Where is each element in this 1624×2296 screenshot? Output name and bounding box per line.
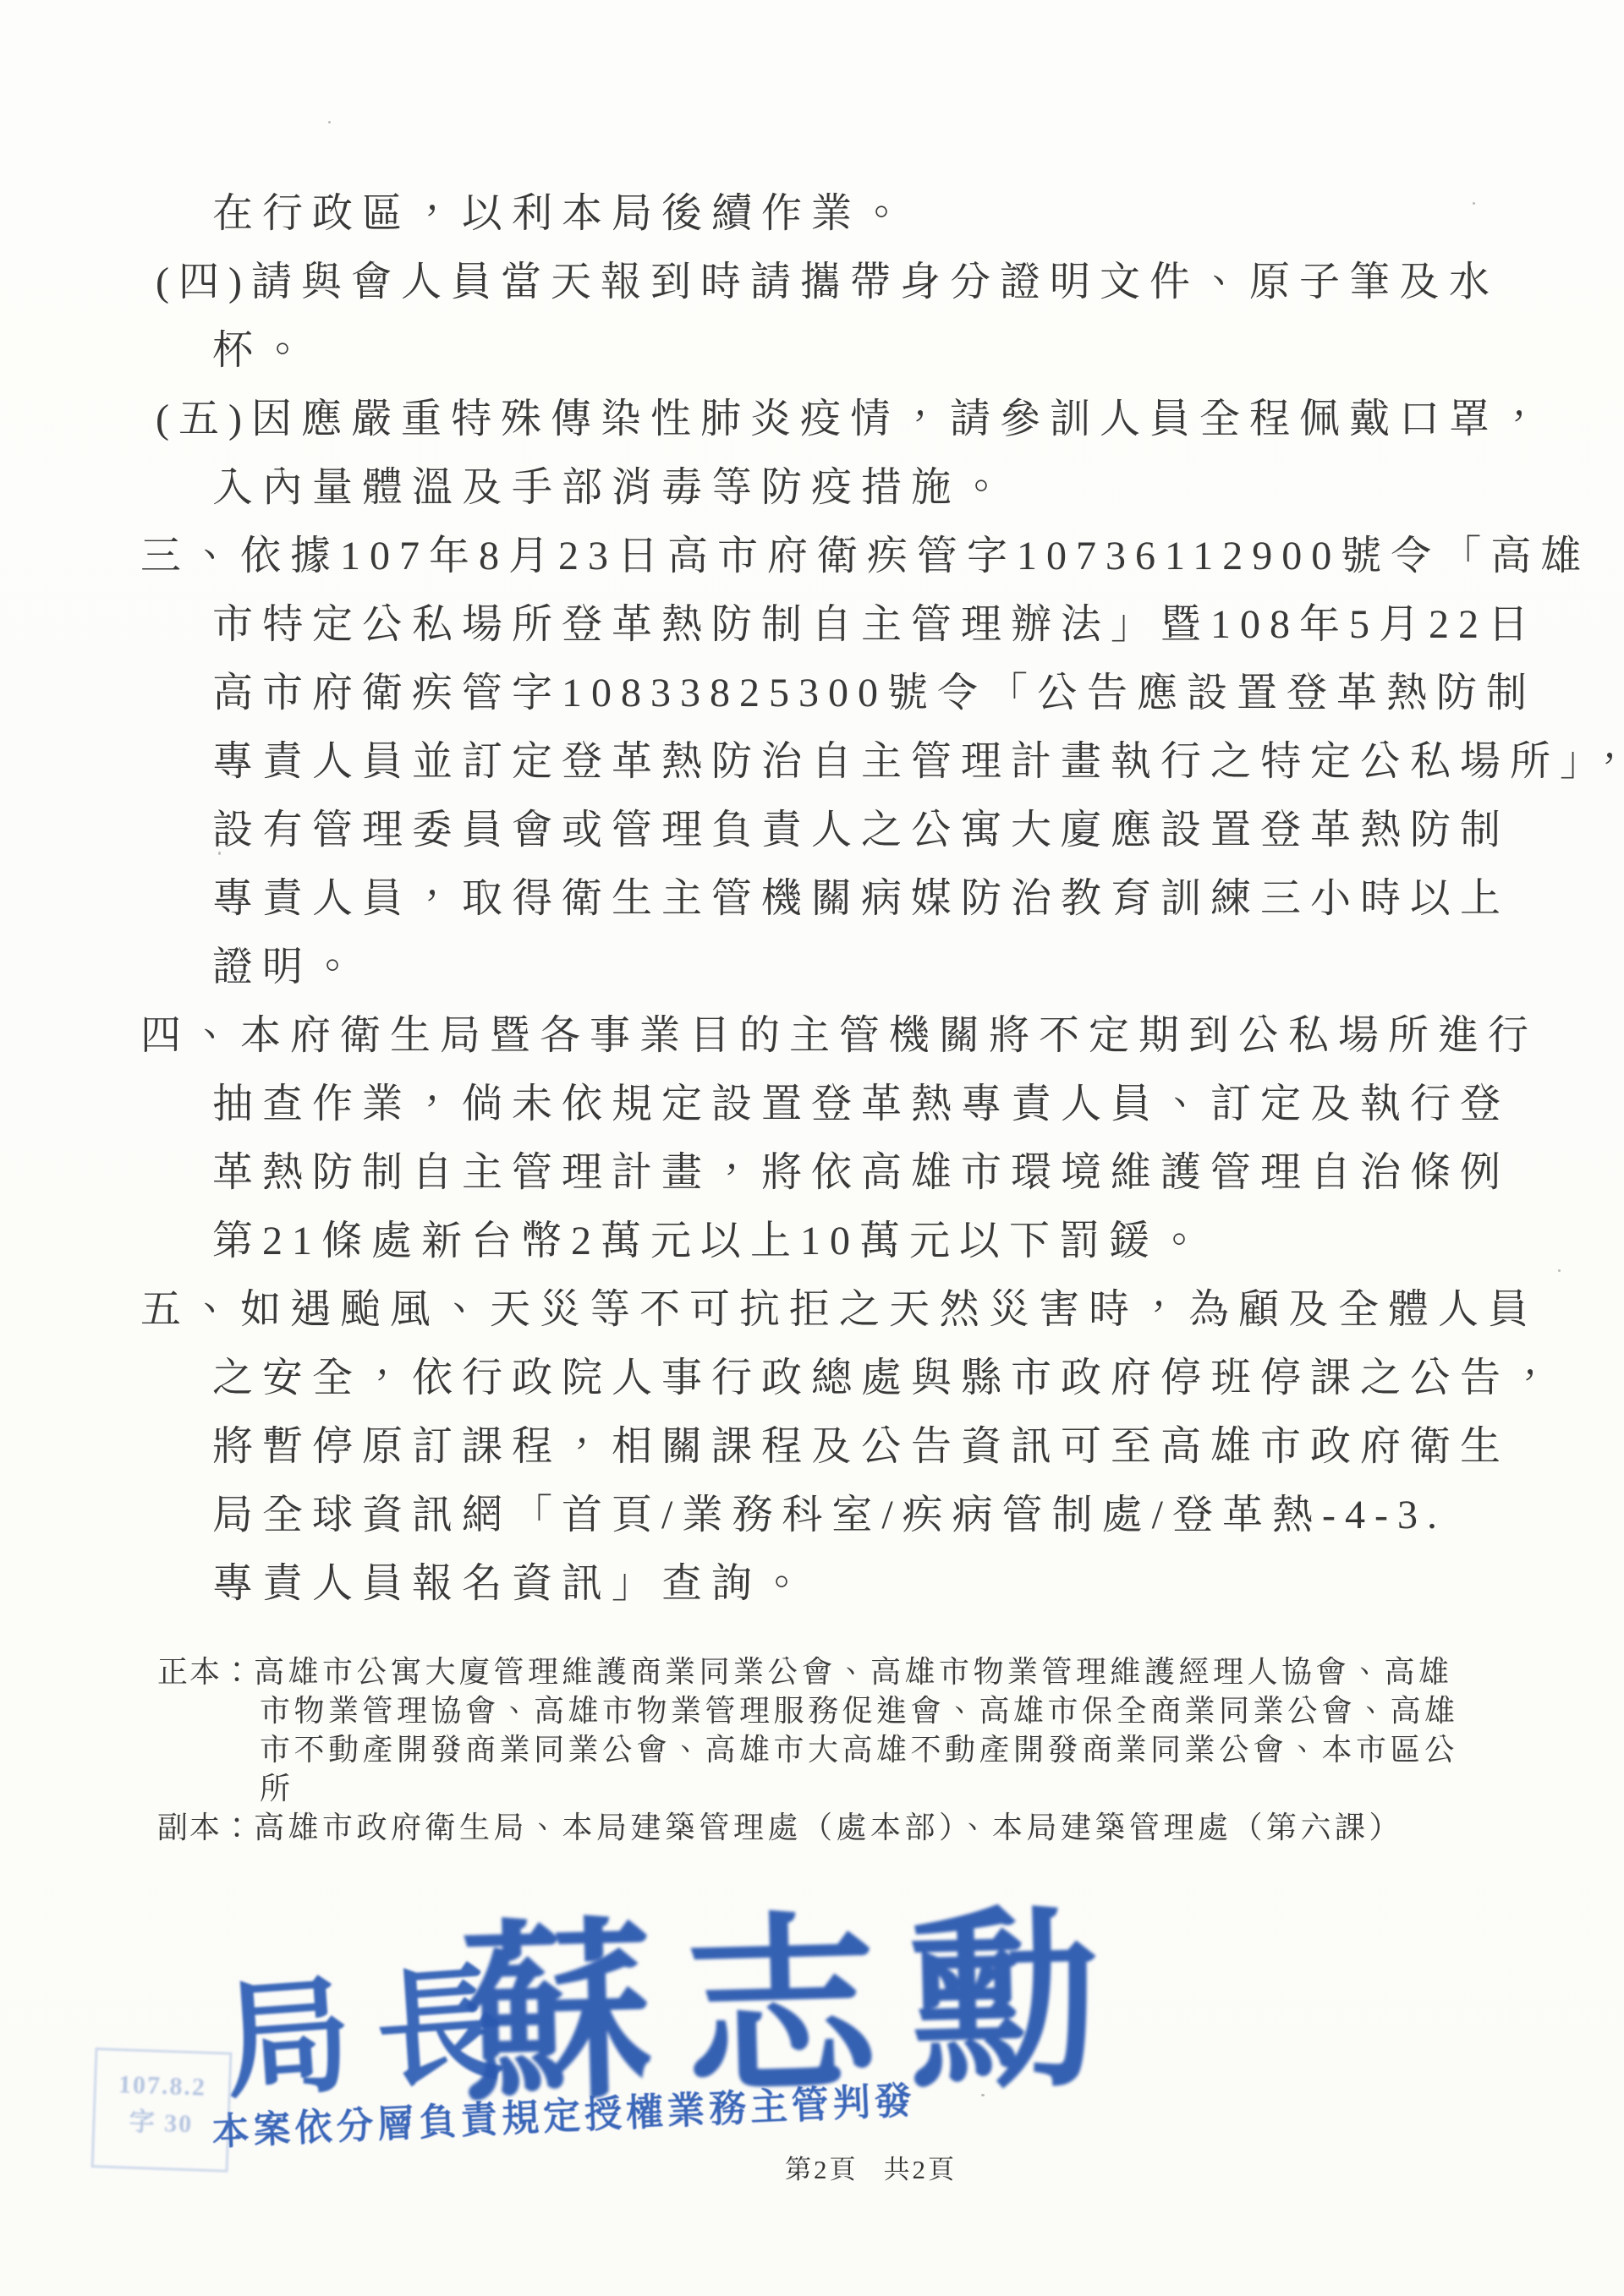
document-body: 在行政區，以利本局後續作業。(四)請與會人員當天報到時請攜帶身分證明文件、原子筆… xyxy=(0,179,1624,1618)
body-line: 之安全，依行政院人事行政總處與縣市政府停班停課之公告， xyxy=(0,1344,1624,1412)
body-line: 專責人員報名資訊」查詢。 xyxy=(0,1549,1624,1618)
page-number-footer: 第2頁共2頁 xyxy=(785,2148,957,2186)
faint-chop-box: 107.8.2 字 30 xyxy=(91,2047,233,2173)
body-line: 杯。 xyxy=(0,316,1624,385)
page-number: 第2頁 xyxy=(785,2155,859,2184)
body-line: 五、如遇颱風、天災等不可抗拒之天然災害時，為顧及全體人員 xyxy=(0,1275,1624,1344)
chop-line: 字 30 xyxy=(95,2102,228,2144)
body-line: 將暫停原訂課程，相關課程及公告資訊可至高雄市政府衛生 xyxy=(0,1412,1624,1481)
scanned-paper: 在行政區，以利本局後續作業。(四)請與會人員當天報到時請攜帶身分證明文件、原子筆… xyxy=(0,0,1624,2296)
body-line: 局全球資訊網「首頁/業務科室/疾病管制處/登革熱-4-3. xyxy=(0,1481,1624,1549)
body-line: 四、本府衛生局暨各事業目的主管機關將不定期到公私場所進行 xyxy=(0,1001,1624,1070)
recipients-block: 正本：高雄市公寓大廈管理維護商業同業公會、高雄市物業管理維護經理人協會、高雄市物… xyxy=(157,1652,1553,1847)
recipient-line: 正本：高雄市公寓大廈管理維護商業同業公會、高雄市物業管理維護經理人協會、高雄 xyxy=(157,1652,1553,1691)
body-line: 證明。 xyxy=(0,933,1624,1001)
recipient-label: 正本： xyxy=(157,1655,254,1689)
body-line: 專責人員，取得衛生主管機關病媒防治教育訓練三小時以上 xyxy=(0,864,1624,933)
body-line: 第21條處新台幣2萬元以上10萬元以下罰鍰。 xyxy=(0,1207,1624,1275)
scan-speck xyxy=(1558,1269,1561,1272)
body-line: 抽查作業，倘未依規定設置登革熱專責人員、訂定及執行登 xyxy=(0,1070,1624,1138)
body-line: (五)因應嚴重特殊傳染性肺炎疫情，請參訓人員全程佩戴口罩， xyxy=(0,385,1624,453)
body-line: (四)請與會人員當天報到時請攜帶身分證明文件、原子筆及水 xyxy=(0,248,1624,316)
recipient-line: 副本：高雄市政府衛生局、本局建築管理處（處本部）、本局建築管理處（第六課） xyxy=(157,1808,1553,1847)
chop-line: 107.8.2 xyxy=(96,2065,228,2107)
recipient-label: 副本： xyxy=(157,1811,254,1844)
page-total: 共2頁 xyxy=(884,2155,957,2184)
body-line: 專責人員並訂定登革熱防治自主管理計畫執行之特定公私場所」， xyxy=(0,727,1624,796)
recipient-line: 所 xyxy=(157,1769,1553,1808)
body-line: 市特定公私場所登革熱防制自主管理辦法」暨108年5月22日 xyxy=(0,590,1624,659)
body-line: 在行政區，以利本局後續作業。 xyxy=(0,179,1624,248)
scan-speck xyxy=(1473,202,1475,205)
recipient-line: 市不動產開發商業同業公會、高雄市大高雄不動產開發商業同業公會、本市區公 xyxy=(157,1730,1553,1769)
body-line: 三、依據107年8月23日高市府衛疾管字10736112900號令「高雄 xyxy=(0,522,1624,590)
scan-speck xyxy=(981,2094,985,2096)
body-line: 入內量體溫及手部消毒等防疫措施。 xyxy=(0,453,1624,522)
scan-speck xyxy=(328,121,331,123)
body-line: 設有管理委員會或管理負責人之公寓大廈應設置登革熱防制 xyxy=(0,796,1624,864)
body-line: 革熱防制自主管理計畫，將依高雄市環境維護管理自治條例 xyxy=(0,1138,1624,1207)
scan-speck xyxy=(218,852,221,855)
body-line: 高市府衛疾管字10833825300號令「公告應設置登革熱防制 xyxy=(0,659,1624,727)
document-page: { "body": { "lines": [ {"indent": "cont"… xyxy=(0,0,1624,2296)
recipient-line: 市物業管理協會、高雄市物業管理服務促進會、高雄市保全商業同業公會、高雄 xyxy=(157,1691,1553,1730)
